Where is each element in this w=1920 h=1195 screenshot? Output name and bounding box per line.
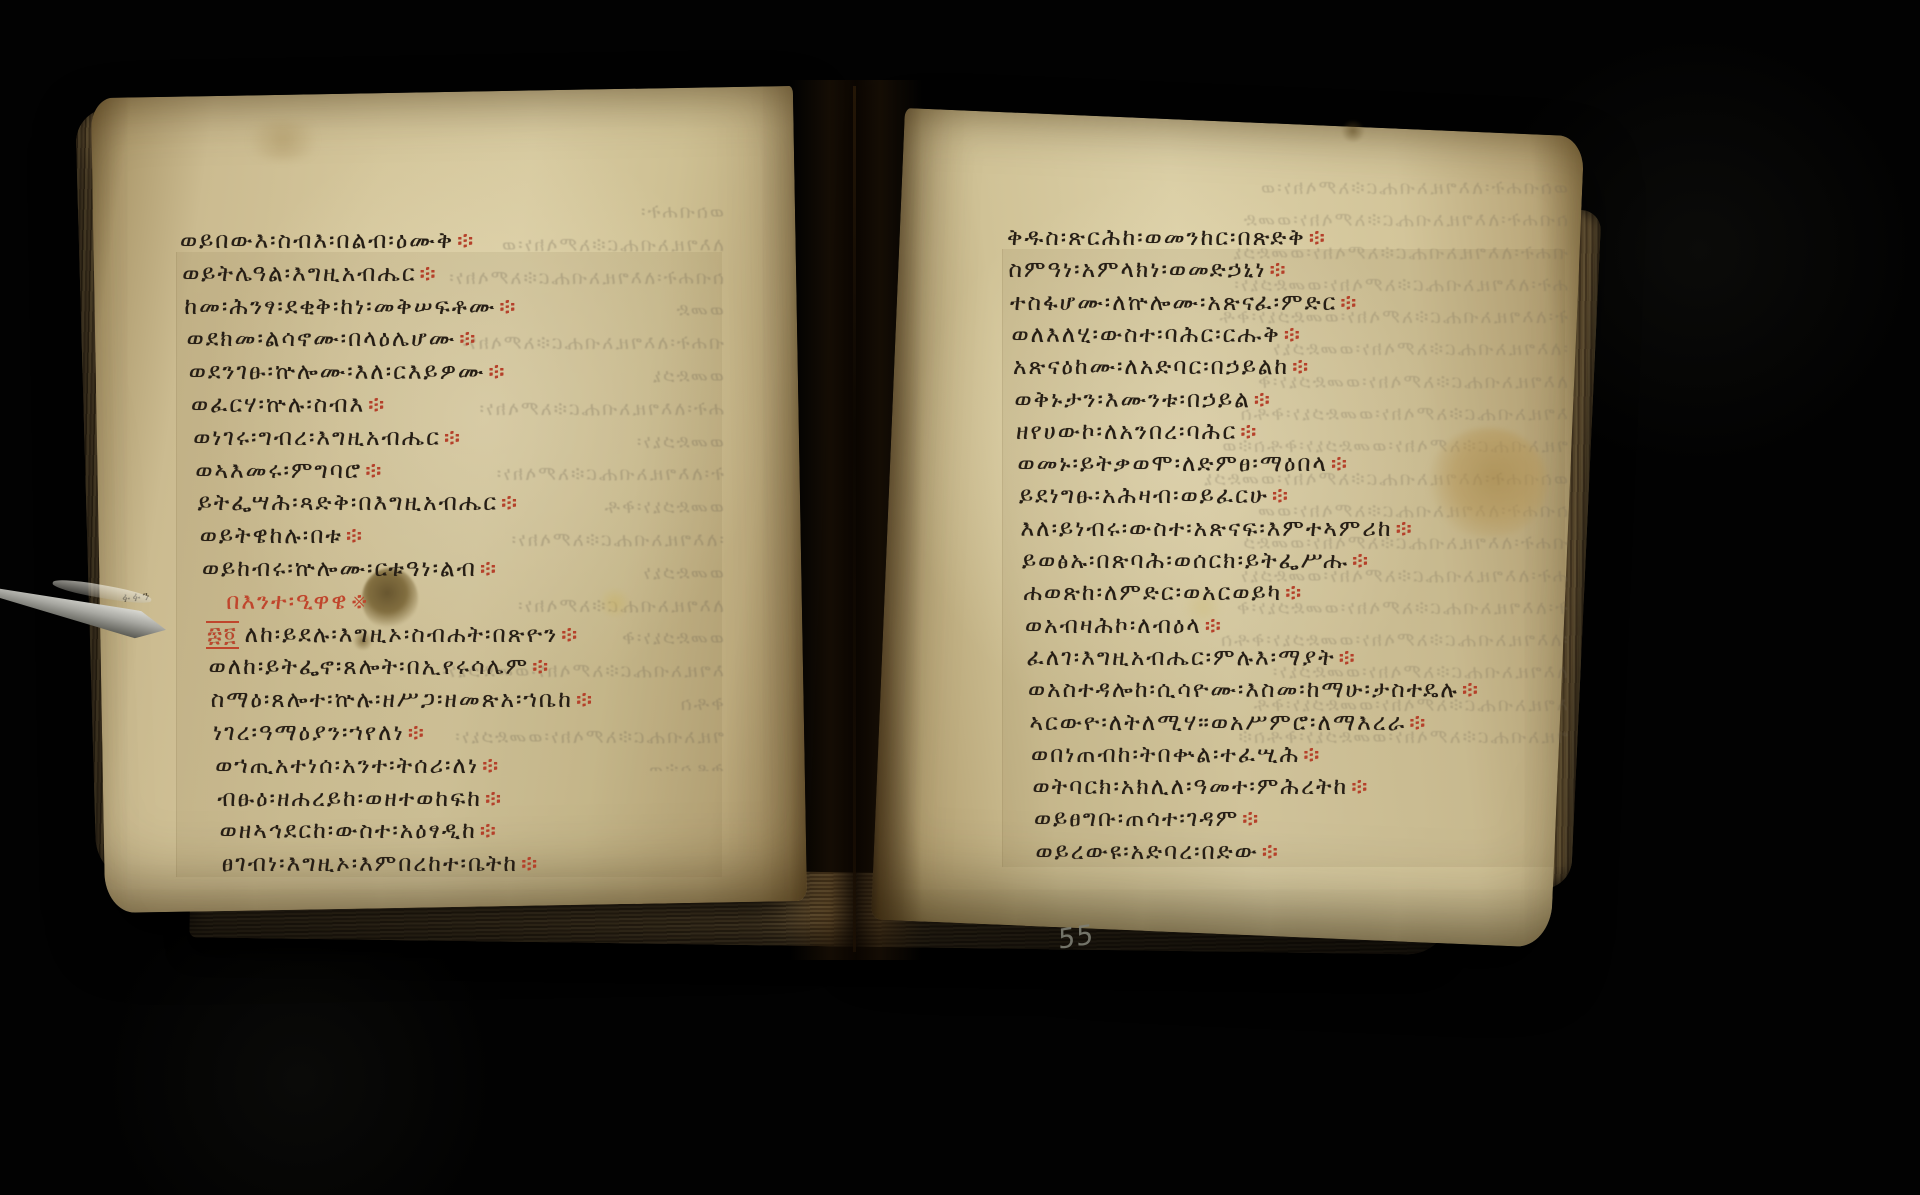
text-line: ሐወጽከ፡ለምድር፡ወአርወይካ፨ xyxy=(1024,580,1304,606)
verse-mark-icon: ፨ xyxy=(1351,774,1369,800)
verse-mark-icon: ፨ xyxy=(521,851,539,877)
bleed-through-text: ወስብሐት፡ለእግዚአብሔር፨አምላክነ፡ወ ስብሐት፡ለእግዚአብሔር፨አምላ… xyxy=(432,196,724,771)
verse-mark-icon: ፨ xyxy=(408,720,426,746)
line-text: ወቅኑታን፡እሙንቱ፡በኃይል xyxy=(1015,387,1251,413)
line-text: ወመኑ፡ይትቃወሞ፡ለድምፀ፡ማዕበላ xyxy=(1018,451,1328,477)
line-text: ወትባርክ፡አክሊለ፡ዓመተ፡ምሕረትከ xyxy=(1033,774,1349,800)
verse-mark-icon: ፨ xyxy=(488,359,506,385)
manuscript-photo: ወስብሐት፡ለእግዚአብሔር፨አምላክነ፡ወ ስብሐት፡ለእግዚአብሔር፨አምላ… xyxy=(0,0,1920,1195)
line-text: አጽናዕከሙ፡ለአድባር፡በኃይልከ xyxy=(1013,354,1289,380)
line-text: ኣርውዮ፡ለትለሚሃ።ወአሥምሮ፡ለማእረራ xyxy=(1030,710,1407,736)
text-line: ወይረውዩ፡አድባረ፡በድው፨ xyxy=(1036,839,1280,865)
verse-mark-icon: ፨ xyxy=(368,392,386,418)
verse-mark-icon: ፨ xyxy=(1269,257,1287,283)
verse-mark-icon: ፨ xyxy=(561,622,579,648)
line-text: ከመ፡ሕንፃ፡ደቂቅ፡ከነ፡መቅሠፍቶሙ xyxy=(184,294,496,320)
text-line: ፷፬ለከ፡ይደሉ፡እግዚኦ፡ስብሐት፡በጽዮን፨ xyxy=(206,622,579,648)
verse-mark-icon: ፨ xyxy=(576,687,594,713)
text-line: ነገረ፡ዓማዕያን፡ኀየለነ፨ xyxy=(213,720,426,746)
line-text: ወነገሩ፡ግብረ፡እግዚአብሔር xyxy=(193,425,441,451)
verse-mark-icon: ፨ xyxy=(482,753,500,779)
text-line: ብፁዕ፡ዘሐረይከ፡ወዘተወከፍከ፨ xyxy=(217,786,503,812)
verse-mark-icon: ፨ xyxy=(346,523,364,549)
verse-mark-icon: ፨ xyxy=(420,261,438,287)
verse-mark-icon: ፨ xyxy=(459,326,477,352)
line-text: ይደነግፁ፡አሕዛብ፡ወይፈርሁ xyxy=(1019,483,1269,509)
page-number: 55 xyxy=(1058,919,1094,956)
line-text: ወለከ፡ይትፌኖ፡ጸሎት፡በኢየሩሳሌም xyxy=(209,654,530,680)
line-text: ነገረ፡ዓማዕያን፡ኀየለነ xyxy=(213,720,405,746)
text-line: ፀገብነ፡እግዚኦ፡እምበረከተ፡ቤትከ፨ xyxy=(222,851,539,877)
verse-mark-icon: ፨ xyxy=(532,654,550,680)
text-line: ወደክመ፡ልሳኖሙ፡በላዕሌሆሙ፨ xyxy=(187,326,478,352)
text-line: ወደንገፁ፡ኵሎሙ፡እለ፡ርእይዎሙ፨ xyxy=(189,359,507,385)
text-line: ይወፅኡ፡በጽባሕ፡ወሰርክ፡ይትፌሥሑ፨ xyxy=(1022,548,1370,574)
line-text: ዘየሀውኮ፡ለአንበረ፡ባሕር xyxy=(1016,419,1237,445)
text-line: ዘየሀውኮ፡ለአንበረ፡ባሕር፨ xyxy=(1016,419,1258,445)
text-line: ወለእለሂ፡ውስተ፡ባሕር፡ርሑቅ፨ xyxy=(1012,322,1302,348)
line-text: ወይትዌከሉ፡በቱ xyxy=(200,523,343,549)
line-text: ይወፅኡ፡በጽባሕ፡ወሰርክ፡ይትፌሥሑ xyxy=(1022,548,1349,574)
text-line: ወአብዛሕኮ፡ለብዕላ፨ xyxy=(1025,613,1223,639)
line-text: ወይፀግቡ፡ጠሳተ፡ገዳም xyxy=(1034,806,1239,832)
verse-mark-icon: ፨ xyxy=(1409,710,1427,736)
line-text: በእንተ፡ዒዋዌ xyxy=(226,589,348,615)
line-text: ለከ፡ይደሉ፡እግዚኦ፡ስብሐት፡በጽዮን xyxy=(245,622,559,648)
verse-mark-icon: ፨ xyxy=(1254,387,1272,413)
text-line: ወነገሩ፡ግብረ፡እግዚአብሔር፨ xyxy=(193,425,462,451)
verse-mark-icon: ፨ xyxy=(1352,548,1370,574)
text-line: ይትፌሣሕ፡ጻድቅ፡በእግዚአብሔር፨ xyxy=(198,490,520,516)
text-line: አጽናዕከሙ፡ለአድባር፡በኃይልከ፨ xyxy=(1013,354,1310,380)
text-line: ወይትዌከሉ፡በቱ፨ xyxy=(200,523,364,549)
text-line: ወይፀግቡ፡ጠሳተ፡ገዳም፨ xyxy=(1034,806,1260,832)
text-line: ወኣእመሩ፡ምግባሮ፨ xyxy=(195,458,383,484)
line-text: ወፈርሃ፡ኵሉ፡ስብእ xyxy=(191,392,365,418)
line-text: ወኀጢአተነሰ፡አንተ፡ትሰሪ፡ለነ xyxy=(215,753,479,779)
text-line: ፈለገ፡እግዚአብሔር፡ምሉእ፡ማያት፨ xyxy=(1027,645,1357,671)
verse-mark-icon: ፨ xyxy=(1309,225,1327,251)
line-text: ስምዓነ፡አምላክነ፡ወመድኃኒነ xyxy=(1009,257,1267,283)
verse-mark-icon: ፨ xyxy=(499,294,517,320)
verse-mark-icon: ፨ xyxy=(485,786,503,812)
text-line: ወለከ፡ይትፌኖ፡ጸሎት፡በኢየሩሳሌም፨ xyxy=(209,654,551,680)
text-line: ይደነግፁ፡አሕዛብ፡ወይፈርሁ፨ xyxy=(1019,483,1290,509)
text-line: ወዘኣኅደርከ፡ውስተ፡አዕፃዲከ፨ xyxy=(220,818,498,844)
psalm-number-red: ፷፬ xyxy=(206,621,238,649)
verse-mark-icon: ፨ xyxy=(1340,290,1358,316)
line-text: ወበነጠብከ፡ትበቍል፡ተፈሢሕ xyxy=(1031,742,1300,768)
text-line: እለ፡ይነብሩ፡ውስተ፡አጽናፍ፡እምተኣምሪከ፨ xyxy=(1021,516,1414,542)
text-line: ወፈርሃ፡ኵሉ፡ስብእ፨ xyxy=(191,392,386,418)
text-line: ቅዱስ፡ጽርሕከ፡ወመንከር፡በጽድቅ፨ xyxy=(1007,225,1327,251)
text-line: ከመ፡ሕንፃ፡ደቂቅ፡ከነ፡መቅሠፍቶሙ፨ xyxy=(184,294,517,320)
verse-mark-icon: ፨ xyxy=(480,818,498,844)
text-line: ወኀጢአተነሰ፡አንተ፡ትሰሪ፡ለነ፨ xyxy=(215,753,500,779)
line-text: ስማዕ፡ጸሎተ፡ኵሉ፡ዘሥጋ፡ዘመጽአ፡ኀቤከ xyxy=(211,687,573,713)
line-text: ወኣእመሩ፡ምግባሮ xyxy=(195,458,362,484)
text-line: ተስፋሆሙ፡ለኵሎሙ፡አጽናፈ፡ምድር፨ xyxy=(1010,290,1358,316)
section-mark-icon: ፠ xyxy=(351,589,369,615)
verse-mark-icon: ፨ xyxy=(1285,580,1303,606)
text-line: ወይበውእ፡ስብእ፡በልብ፡ዕሙቅ፨ xyxy=(180,228,475,254)
line-text: ወአስተዳሎከ፡ሲሳዮሙ፡እስመ፡ከማሁ፡ታስተዴሉ xyxy=(1028,677,1459,703)
line-text: ወዘኣኅደርከ፡ውስተ፡አዕፃዲከ xyxy=(220,818,477,844)
verse-mark-icon: ፨ xyxy=(1272,483,1290,509)
verse-mark-icon: ፨ xyxy=(1462,677,1480,703)
line-text: ቅዱስ፡ጽርሕከ፡ወመንከር፡በጽድቅ xyxy=(1007,225,1306,251)
text-line: ኣርውዮ፡ለትለሚሃ።ወአሥምሮ፡ለማእረራ፨ xyxy=(1030,710,1428,736)
verse-mark-icon: ፨ xyxy=(1331,451,1349,477)
line-text: ፀገብነ፡እግዚኦ፡እምበረከተ፡ቤትከ xyxy=(222,851,518,877)
text-line: ወቅኑታን፡እሙንቱ፡በኃይል፨ xyxy=(1015,387,1272,413)
verse-mark-icon: ፨ xyxy=(1339,645,1357,671)
line-text: እለ፡ይነብሩ፡ውስተ፡አጽናፍ፡እምተኣምሪከ xyxy=(1021,516,1393,542)
text-line: ወአስተዳሎከ፡ሲሳዮሙ፡እስመ፡ከማሁ፡ታስተዴሉ፨ xyxy=(1028,677,1480,703)
verse-mark-icon: ፨ xyxy=(444,425,462,451)
verse-mark-icon: ፨ xyxy=(365,458,383,484)
verse-mark-icon: ፨ xyxy=(1303,742,1321,768)
verse-mark-icon: ፨ xyxy=(1262,839,1280,865)
book-gutter-crease xyxy=(853,86,856,952)
text-line: ወይትሌዓል፡እግዚአብሔር፨ xyxy=(182,261,438,287)
verse-mark-icon: ፨ xyxy=(1292,354,1310,380)
line-text: ይትፌሣሕ፡ጻድቅ፡በእግዚአብሔር xyxy=(198,490,498,516)
line-text: ተስፋሆሙ፡ለኵሎሙ፡አጽናፈ፡ምድር xyxy=(1010,290,1337,316)
line-text: ወደክመ፡ልሳኖሙ፡በላዕሌሆሙ xyxy=(187,326,457,352)
text-line: ወይከብሩ፡ኵሎሙ፡ርቱዓነ፡ልብ፨ xyxy=(202,556,498,582)
line-text: ብፁዕ፡ዘሐረይከ፡ወዘተወከፍከ xyxy=(217,786,482,812)
verse-mark-icon: ፨ xyxy=(1284,322,1302,348)
line-text: ወይትሌዓል፡እግዚአብሔር xyxy=(182,261,416,287)
line-text: ፈለገ፡እግዚአብሔር፡ምሉእ፡ማያት xyxy=(1027,645,1336,671)
text-line: ወትባርክ፡አክሊለ፡ዓመተ፡ምሕረትከ፨ xyxy=(1033,774,1370,800)
text-line: ወመኑ፡ይትቃወሞ፡ለድምፀ፡ማዕበላ፨ xyxy=(1018,451,1350,477)
verse-mark-icon: ፨ xyxy=(501,490,519,516)
verse-mark-icon: ፨ xyxy=(1205,613,1223,639)
text-line: ወበነጠብከ፡ትበቍል፡ተፈሢሕ፨ xyxy=(1031,742,1321,768)
line-text: ወለእለሂ፡ውስተ፡ባሕር፡ርሑቅ xyxy=(1012,322,1281,348)
verse-mark-icon: ፨ xyxy=(457,228,475,254)
line-text: ወይከብሩ፡ኵሎሙ፡ርቱዓነ፡ልብ xyxy=(202,556,477,582)
line-text: ሐወጽከ፡ለምድር፡ወአርወይካ xyxy=(1024,580,1283,606)
text-line: ስምዓነ፡አምላክነ፡ወመድኃኒነ፨ xyxy=(1009,257,1288,283)
line-text: ወይበውእ፡ስብእ፡በልብ፡ዕሙቅ xyxy=(180,228,454,254)
line-text: ወይረውዩ፡አድባረ፡በድው xyxy=(1036,839,1259,865)
rubric-heading-line: በእንተ፡ዒዋዌ፠ xyxy=(226,589,369,615)
verse-mark-icon: ፨ xyxy=(1242,806,1260,832)
text-line: ስማዕ፡ጸሎተ፡ኵሉ፡ዘሥጋ፡ዘመጽአ፡ኀቤከ፨ xyxy=(211,687,594,713)
book-gutter xyxy=(790,80,922,960)
line-text: ወአብዛሕኮ፡ለብዕላ xyxy=(1025,613,1202,639)
line-text: ወደንገፁ፡ኵሎሙ፡እለ፡ርእይዎሙ xyxy=(189,359,486,385)
verse-mark-icon: ፨ xyxy=(480,556,498,582)
verse-mark-icon: ፨ xyxy=(1396,516,1414,542)
verse-mark-icon: ፨ xyxy=(1240,419,1258,445)
